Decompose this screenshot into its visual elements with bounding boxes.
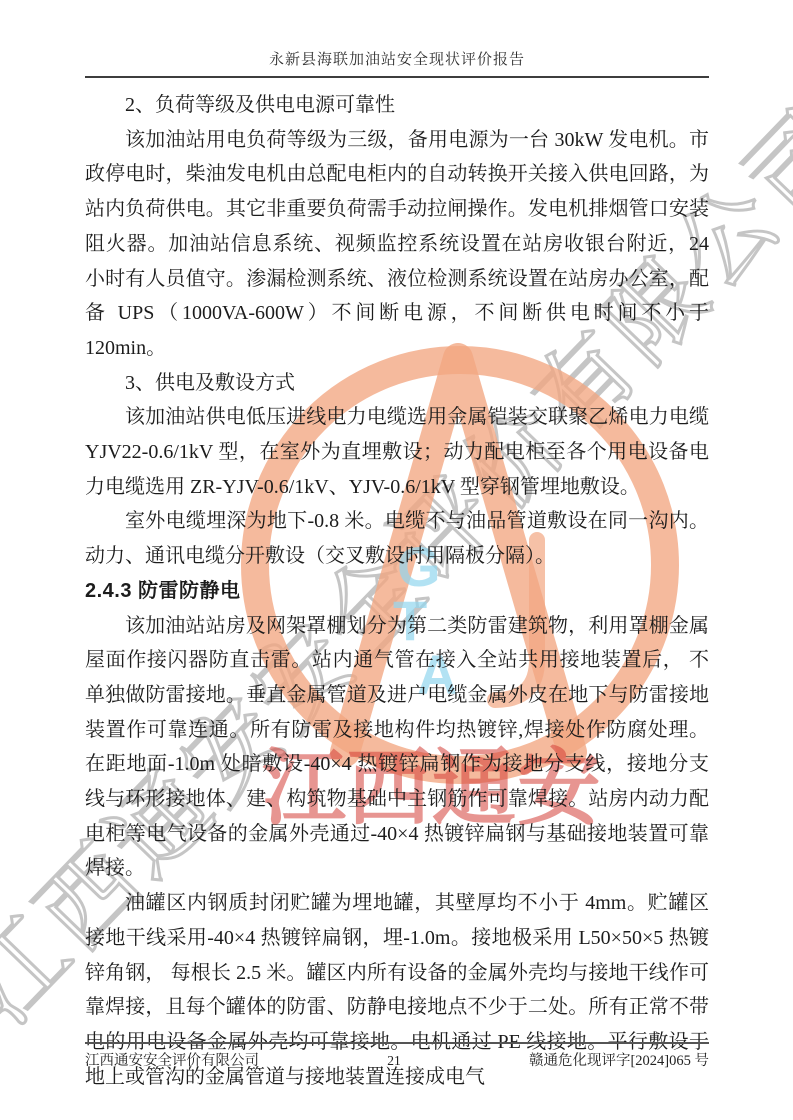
subheading-load-grade: 2、负荷等级及供电电源可靠性	[85, 88, 709, 123]
document-body: 2、负荷等级及供电电源可靠性 该加油站用电负荷等级为三级，备用电源为一台 30k…	[85, 88, 709, 1094]
footer-page-number: 21	[259, 1053, 529, 1069]
footer-doc-number: 赣通危化现评字[2024]065 号	[529, 1049, 709, 1070]
header-rule	[85, 76, 709, 78]
report-title: 永新县海联加油站安全现状评价报告	[85, 48, 709, 69]
footer-company: 江西通安安全评价有限公司	[85, 1049, 259, 1070]
paragraph-lightning-grounding: 该加油站站房及网架罩棚划分为第二类防雷建筑物，利用罩棚金属屋面作接闪器防直击雷。…	[85, 609, 709, 887]
page-footer: 江西通安安全评价有限公司 21 赣通危化现评字[2024]065 号	[85, 1042, 709, 1070]
document-page: 江西通安安全评价有限公司 G T A 江西通安 永新县海联加油站安全现状评价报告…	[0, 0, 793, 1120]
footer-rule	[85, 1042, 709, 1044]
subheading-power-supply: 3、供电及敷设方式	[85, 366, 709, 401]
paragraph-cable-selection: 该加油站供电低压进线电力电缆选用金属铠装交联聚乙烯电力电缆 YJV22-0.6/…	[85, 400, 709, 504]
paragraph-power-load: 该加油站用电负荷等级为三级，备用电源为一台 30kW 发电机。市政停电时，柴油发…	[85, 123, 709, 366]
page-header: 永新县海联加油站安全现状评价报告	[85, 0, 709, 78]
paragraph-cable-burial: 室外电缆埋深为地下-0.8 米。电缆不与油品管道敷设在同一沟内。动力、通讯电缆分…	[85, 504, 709, 573]
footer-row: 江西通安安全评价有限公司 21 赣通危化现评字[2024]065 号	[85, 1049, 709, 1070]
heading-lightning-protection: 2.4.3 防雷防静电	[85, 574, 709, 609]
